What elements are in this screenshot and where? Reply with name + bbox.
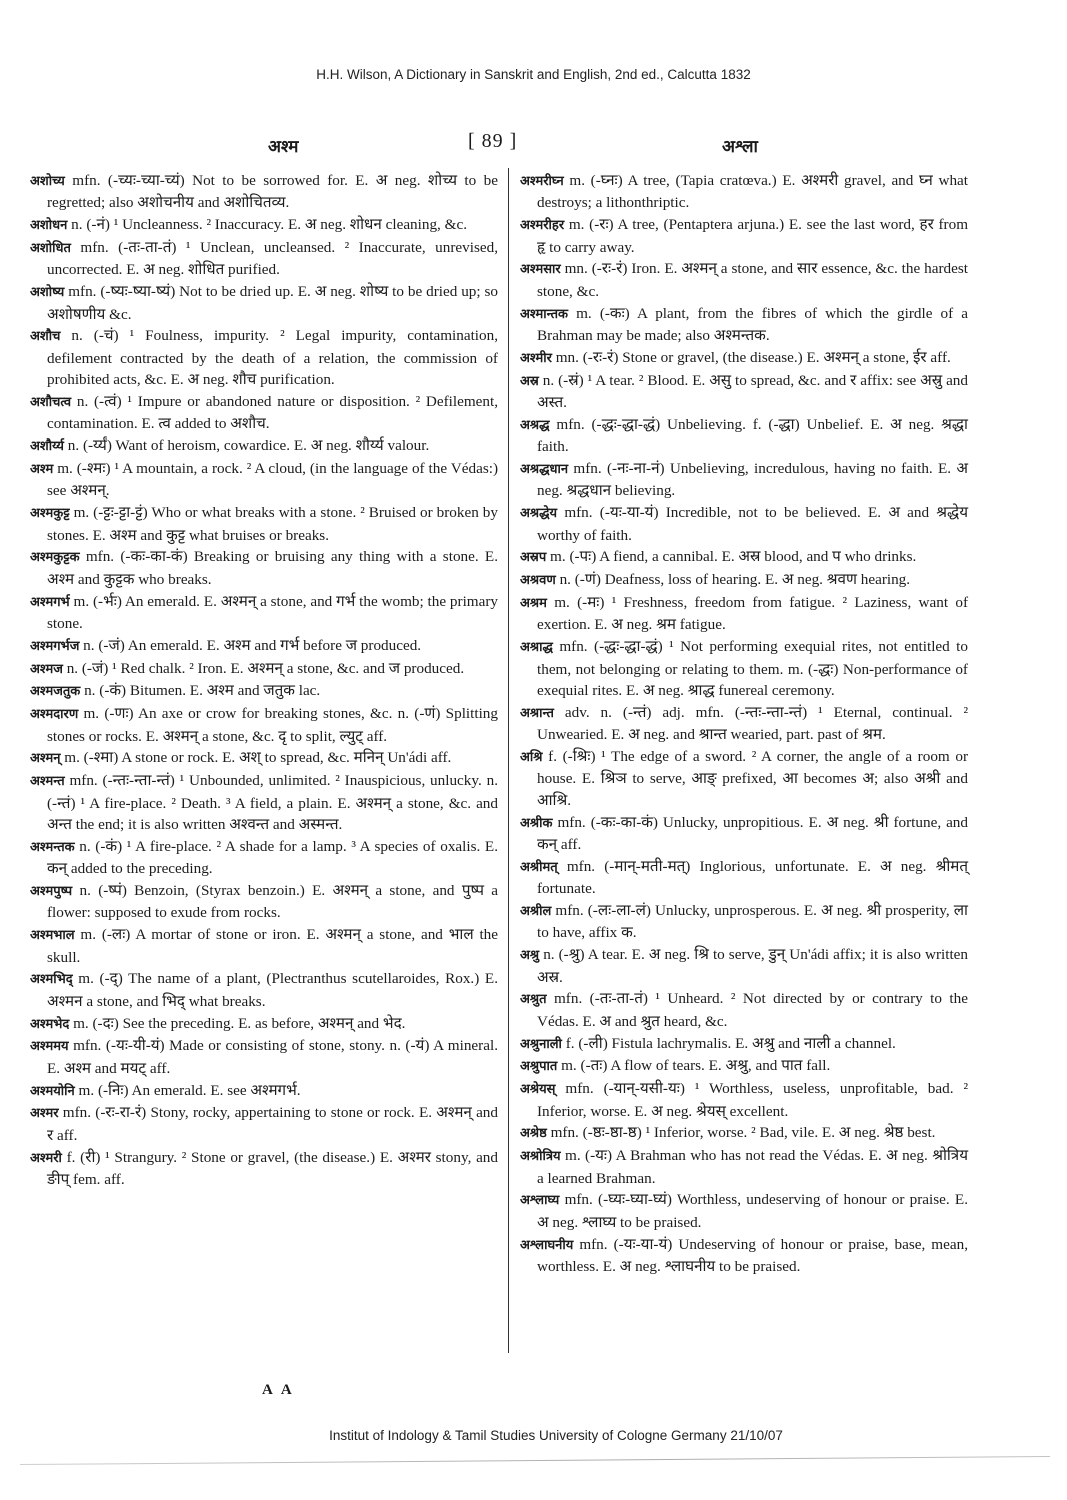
source-header: H.H. Wilson, A Dictionary in Sanskrit an… xyxy=(0,67,1067,82)
entry-headword: अश्रि xyxy=(520,750,543,765)
page-number: [ 89 ] xyxy=(468,130,517,153)
entry-definition: mn. (-रः-रं) Stone or gravel, (the disea… xyxy=(556,349,951,366)
dictionary-entry: अश्मन्त mfn. (-न्तः-न्ता-न्तं) ¹ Unbound… xyxy=(30,770,498,835)
entry-definition: f. (-श्रिः) ¹ The edge of a sword. ² A c… xyxy=(537,748,968,809)
entry-definition: n. (-कं) ¹ A fire-place. ² A shade for a… xyxy=(47,838,498,877)
entry-headword: अशोधन xyxy=(30,218,67,233)
entry-definition: adv. n. (-न्तं) adj. mfn. (-न्तः-न्ता-न्… xyxy=(537,704,968,743)
column-divider xyxy=(508,168,509,1353)
dictionary-entry: अश्रद्धेय mfn. (-यः-या-यं) Incredible, n… xyxy=(520,502,968,546)
entry-headword: अश्मान्तक xyxy=(520,307,568,322)
entry-definition: m. (-घ्नः) A tree, (Tapia cratœva.) E. अ… xyxy=(537,172,968,211)
entry-definition: mfn. (-घ्यः-घ्या-घ्यं) Worthless, undese… xyxy=(537,1191,968,1230)
entry-headword: अश्मभिद् xyxy=(30,972,73,987)
dictionary-entry: अशोष्य mfn. (-ष्यः-ष्या-ष्यं) Not to be … xyxy=(30,281,498,325)
right-column: अश्मरीघ्न m. (-घ्नः) A tree, (Tapia crat… xyxy=(520,170,968,1278)
entry-definition: mfn. (-नः-ना-नं) Unbelieving, incredulou… xyxy=(537,460,968,499)
entry-headword: अश्मजतुक xyxy=(30,684,80,699)
dictionary-entry: अश्रु n. (-श्रु) A tear. E. अ neg. श्रि … xyxy=(520,944,968,988)
entry-headword: अश्रील xyxy=(520,904,551,919)
dictionary-entry: अश्मभेद m. (-दः) See the preceding. E. a… xyxy=(30,1013,498,1035)
dictionary-entry: अश्रेयस् mfn. (-यान्-यसी-यः) ¹ Worthless… xyxy=(520,1078,968,1122)
entry-definition: n. (-स्रं) ¹ A tear. ² Blood. E. असु to … xyxy=(537,372,968,411)
dictionary-entry: अशौचत्व n. (-त्वं) ¹ Impure or abandoned… xyxy=(30,391,498,435)
entry-headword: अश्लाघनीय xyxy=(520,1238,573,1253)
dictionary-entry: अश्रीक mfn. (-कः-का-कं) Unlucky, unpropi… xyxy=(520,812,968,856)
dictionary-entry: अश्रुपात m. (-तः) A flow of tears. E. अश… xyxy=(520,1055,968,1077)
dictionary-entry: अशोधन n. (-नं) ¹ Uncleanness. ² Inaccura… xyxy=(30,214,498,236)
entry-headword: अश्रीमत् xyxy=(520,860,558,875)
entry-headword: अश्मीर xyxy=(520,351,552,366)
entry-definition: n. (-र्य्यं) Want of heroism, cowardice.… xyxy=(68,437,430,454)
dictionary-entry: अश्लाघ्य mfn. (-घ्यः-घ्या-घ्यं) Worthles… xyxy=(520,1189,968,1233)
dictionary-entry: अश्मभाल m. (-लः) A mortar of stone or ir… xyxy=(30,924,498,968)
entry-headword: अश्मकुट्ट xyxy=(30,506,70,521)
dictionary-entry: अश्रवण n. (-णं) Deafness, loss of hearin… xyxy=(520,569,968,591)
left-column: अशोच्य mfn. (-च्यः-च्या-च्यं) Not to be … xyxy=(30,170,498,1191)
entry-headword: अश्रम xyxy=(520,596,547,611)
entry-definition: mfn. (-मान्-मती-मत्) Inglorious, unfortu… xyxy=(537,858,968,897)
entry-headword: अश्लाघ्य xyxy=(520,1193,559,1208)
entry-headword: अश्रवण xyxy=(520,573,556,588)
dictionary-entry: अश्रोत्रिय m. (-यः) A Brahman who has no… xyxy=(520,1145,968,1189)
entry-definition: m. (-रः) A tree, (Pentaptera arjuna.) E.… xyxy=(537,216,968,255)
running-head-right: अश्ला xyxy=(722,134,758,157)
entry-definition: mfn. (-ष्यः-ष्या-ष्यं) Not to be dried u… xyxy=(47,283,498,322)
entry-headword: अश्रद्ध xyxy=(520,418,550,433)
entry-headword: अश्रान्त xyxy=(520,706,554,721)
entry-definition: mfn. (-च्यः-च्या-च्यं) Not to be sorrowe… xyxy=(47,172,498,211)
dictionary-entry: अश्मभिद् m. (-द्) The name of a plant, (… xyxy=(30,968,498,1012)
entry-headword: अश्मन् xyxy=(30,751,60,766)
dictionary-entry: अश्मजतुक n. (-कं) Bitumen. E. अश्म and ज… xyxy=(30,680,498,702)
dictionary-entry: अश्मीर mn. (-रः-रं) Stone or gravel, (th… xyxy=(520,347,968,369)
dictionary-entry: अस्रप m. (-पः) A fiend, a cannibal. E. अ… xyxy=(520,546,968,568)
entry-definition: m. (-मः) ¹ Freshness, freedom from fatig… xyxy=(537,594,968,633)
entry-headword: अशोधित xyxy=(30,241,71,256)
dictionary-entry: अशौर्य्य n. (-र्य्यं) Want of heroism, c… xyxy=(30,435,498,457)
entry-definition: mfn. (-कः-का-कं) Unlucky, unpropitious. … xyxy=(537,814,968,853)
entry-definition: n. (-कं) Bitumen. E. अश्म and जतुक lac. xyxy=(84,682,320,699)
dictionary-entry: अशोच्य mfn. (-च्यः-च्या-च्यं) Not to be … xyxy=(30,170,498,214)
entry-headword: अश्राद्ध xyxy=(520,640,553,655)
entry-definition: mfn. (-यः-यी-यं) Made or consisting of s… xyxy=(47,1037,498,1076)
entry-headword: अश्मरीहर xyxy=(520,218,564,233)
dictionary-entry: अश्रील mfn. (-लः-ला-लं) Unlucky, unprosp… xyxy=(520,900,968,944)
dictionary-entry: अश्मरीघ्न m. (-घ्नः) A tree, (Tapia crat… xyxy=(520,170,968,214)
entry-definition: n. (-जं) An emerald. E. अश्म and गर्भ be… xyxy=(83,637,421,654)
dictionary-entry: अश्रेष्ठ mfn. (-ष्ठः-ष्ठा-ष्ठ) ¹ Inferio… xyxy=(520,1122,968,1144)
dictionary-entry: अशोधित mfn. (-तः-ता-तं) ¹ Unclean, uncle… xyxy=(30,237,498,281)
entry-headword: अश्मन्त xyxy=(30,774,65,789)
entry-definition: mfn. (-यः-या-यं) Undeserving of honour o… xyxy=(537,1236,968,1275)
dictionary-entry: अश्मदारण m. (-णः) An axe or crow for bre… xyxy=(30,703,498,747)
dictionary-entry: अश्मान्तक m. (-कः) A plant, from the fib… xyxy=(520,303,968,347)
dictionary-entry: अश्मरीहर m. (-रः) A tree, (Pentaptera ar… xyxy=(520,214,968,258)
entry-headword: अशौर्य्य xyxy=(30,439,64,454)
entry-headword: अश्रोत्रिय xyxy=(520,1149,561,1164)
dictionary-entry: अश्ममय mfn. (-यः-यी-यं) Made or consisti… xyxy=(30,1035,498,1079)
entry-definition: mfn. (-न्तः-न्ता-न्तं) ¹ Unbounded, unli… xyxy=(47,772,498,833)
entry-headword: अश्मन्तक xyxy=(30,840,75,855)
entry-definition: n. (-श्रु) A tear. E. अ neg. श्रि to ser… xyxy=(537,946,968,985)
entry-headword: अश्रु xyxy=(520,948,539,963)
entry-headword: अश्रद्धधान xyxy=(520,462,568,477)
entry-headword: अश्मरीघ्न xyxy=(520,174,564,189)
entry-headword: अश्मर xyxy=(30,1106,59,1121)
source-footer: Institut of Indology & Tamil Studies Uni… xyxy=(0,1428,1067,1443)
entry-headword: अशोच्य xyxy=(30,174,65,189)
running-head: अश्म [ 89 ] अश्ला xyxy=(0,130,1067,160)
entry-definition: m. (-लः) A mortar of stone or iron. E. अ… xyxy=(47,926,498,965)
dictionary-entry: अश्मयोनि m. (-निः) An emerald. E. see अश… xyxy=(30,1080,498,1102)
entry-headword: अशौचत्व xyxy=(30,395,71,410)
entry-definition: m. (-पः) A fiend, a cannibal. E. अस्र bl… xyxy=(550,548,916,565)
entry-headword: अश्मगर्भ xyxy=(30,595,70,610)
entry-headword: अश्मभाल xyxy=(30,928,75,943)
entry-definition: mfn. (-द्धः-द्धा-द्धं) Unbelieving. f. (… xyxy=(537,416,968,455)
entry-definition: m. (-द्) The name of a plant, (Plectrant… xyxy=(47,970,498,1009)
entry-headword: अश्मदारण xyxy=(30,707,78,722)
entry-headword: अश्रुनाली xyxy=(520,1037,562,1052)
entry-headword: अश्रेष्ठ xyxy=(520,1126,547,1141)
entry-headword: अश्रद्धेय xyxy=(520,506,557,521)
entry-headword: अश्ममय xyxy=(30,1039,69,1054)
entry-definition: m. (-श्मा) A stone or rock. E. अश् to sp… xyxy=(64,749,451,766)
dictionary-entry: अश्मपुष्प n. (-ष्पं) Benzoin, (Styrax be… xyxy=(30,880,498,924)
dictionary-entry: अश्रुत mfn. (-तः-ता-तं) ¹ Unheard. ² Not… xyxy=(520,988,968,1032)
entry-definition: m. (-र्भः) An emerald. E. अश्मन् a stone… xyxy=(47,593,498,632)
entry-headword: अश्मकुट्टक xyxy=(30,550,80,565)
dictionary-entry: अश्रद्ध mfn. (-द्धः-द्धा-द्धं) Unbelievi… xyxy=(520,414,968,458)
dictionary-entry: अश्रद्धधान mfn. (-नः-ना-नं) Unbelieving,… xyxy=(520,458,968,502)
entry-headword: अश्मसार xyxy=(520,262,561,277)
entry-headword: अश्रुपात xyxy=(520,1059,557,1074)
entry-definition: mfn. (-द्धः-द्धा-द्धं) ¹ Not performing … xyxy=(537,638,968,699)
entry-definition: n. (-ष्पं) Benzoin, (Styrax benzoin.) E.… xyxy=(47,882,498,921)
entry-definition: n. (-णं) Deafness, loss of hearing. E. अ… xyxy=(560,571,911,588)
entry-definition: m. (-यः) A Brahman who has not read the … xyxy=(537,1147,968,1186)
dictionary-entry: अश्मगर्भ m. (-र्भः) An emerald. E. अश्मन… xyxy=(30,591,498,635)
entry-headword: अश्मगर्भज xyxy=(30,639,79,654)
entry-definition: mfn. (-यः-या-यं) Incredible, not to be b… xyxy=(537,504,968,543)
dictionary-entry: अस्र n. (-स्रं) ¹ A tear. ² Blood. E. अस… xyxy=(520,370,968,414)
entry-headword: अस्र xyxy=(520,374,539,389)
entry-definition: f. (री) ¹ Strangury. ² Stone or gravel, … xyxy=(47,1149,498,1188)
entry-headword: अश्रेयस् xyxy=(520,1082,555,1097)
entry-headword: अशौच xyxy=(30,329,60,344)
entry-definition: mn. (-रः-रं) Iron. E. अश्मन् a stone, an… xyxy=(537,260,968,299)
entry-definition: mfn. (-रः-रा-रं) Stony, rocky, appertain… xyxy=(47,1104,498,1143)
entry-definition: mfn. (-तः-ता-तं) ¹ Unheard. ² Not direct… xyxy=(537,990,968,1029)
signature-mark: A A xyxy=(262,1382,295,1399)
dictionary-entry: अश्रम m. (-मः) ¹ Freshness, freedom from… xyxy=(520,592,968,636)
entry-headword: अश्मभेद xyxy=(30,1017,69,1032)
entry-headword: अश्मरी xyxy=(30,1151,62,1166)
entry-headword: अश्रीक xyxy=(520,816,553,831)
entry-definition: m. (-दः) See the preceding. E. as before… xyxy=(73,1015,405,1032)
dictionary-entry: अश्राद्ध mfn. (-द्धः-द्धा-द्धं) ¹ Not pe… xyxy=(520,636,968,701)
dictionary-entry: अश्मज n. (-जं) ¹ Red chalk. ² Iron. E. अ… xyxy=(30,658,498,680)
entry-headword: अशोष्य xyxy=(30,285,64,300)
entry-headword: अश्म xyxy=(30,462,53,477)
entry-definition: m. (-कः) A plant, from the fibres of whi… xyxy=(537,305,968,344)
entry-headword: अश्मज xyxy=(30,662,63,677)
entry-definition: mfn. (-यान्-यसी-यः) ¹ Worthless, useless… xyxy=(537,1080,968,1119)
entry-definition: n. (-त्वं) ¹ Impure or abandoned nature … xyxy=(47,393,498,432)
dictionary-entry: अश्मसार mn. (-रः-रं) Iron. E. अश्मन् a s… xyxy=(520,258,968,302)
dictionary-entry: अश्रि f. (-श्रिः) ¹ The edge of a sword.… xyxy=(520,746,968,811)
entry-headword: अस्रप xyxy=(520,550,546,565)
dictionary-entry: अश्म m. (-श्मः) ¹ A mountain, a rock. ² … xyxy=(30,458,498,502)
entry-definition: mfn. (-ष्ठः-ष्ठा-ष्ठ) ¹ Inferior, worse.… xyxy=(551,1124,936,1141)
dictionary-entry: अश्मगर्भज n. (-जं) An emerald. E. अश्म a… xyxy=(30,635,498,657)
entry-definition: n. (-चं) ¹ Foulness, impurity. ² Legal i… xyxy=(47,327,498,388)
entry-definition: m. (-तः) A flow of tears. E. अश्रु, and … xyxy=(561,1057,830,1074)
entry-definition: m. (-णः) An axe or crow for breaking sto… xyxy=(47,705,498,744)
running-head-left: अश्म xyxy=(268,134,298,157)
dictionary-entry: अश्मरी f. (री) ¹ Strangury. ² Stone or g… xyxy=(30,1147,498,1191)
entry-definition: mfn. (-कः-का-कं) Breaking or bruising an… xyxy=(47,548,498,587)
dictionary-entry: अश्मकुट्टक mfn. (-कः-का-कं) Breaking or … xyxy=(30,546,498,590)
dictionary-entry: अश्लाघनीय mfn. (-यः-या-यं) Undeserving o… xyxy=(520,1234,968,1278)
dictionary-entry: अश्मन्तक n. (-कं) ¹ A fire-place. ² A sh… xyxy=(30,836,498,880)
entry-definition: m. (-श्मः) ¹ A mountain, a rock. ² A clo… xyxy=(47,460,498,499)
dictionary-entry: अशौच n. (-चं) ¹ Foulness, impurity. ² Le… xyxy=(30,325,498,390)
dictionary-entry: अश्रीमत् mfn. (-मान्-मती-मत्) Inglorious… xyxy=(520,856,968,900)
entry-definition: m. (-निः) An emerald. E. see अश्मगर्भ. xyxy=(79,1082,301,1099)
entry-definition: n. (-नं) ¹ Uncleanness. ² Inaccuracy. E.… xyxy=(71,216,467,233)
scan-edge-line xyxy=(20,1456,1050,1465)
entry-definition: mfn. (-तः-ता-तं) ¹ Unclean, uncleansed. … xyxy=(47,239,498,278)
entry-headword: अश्मयोनि xyxy=(30,1084,75,1099)
dictionary-entry: अश्रान्त adv. n. (-न्तं) adj. mfn. (-न्त… xyxy=(520,702,968,746)
dictionary-entry: अश्मर mfn. (-रः-रा-रं) Stony, rocky, app… xyxy=(30,1102,498,1146)
entry-definition: f. (-ली) Fistula lachrymalis. E. अश्रु a… xyxy=(566,1035,896,1052)
entry-headword: अश्रुत xyxy=(520,992,547,1007)
entry-headword: अश्मपुष्प xyxy=(30,884,72,899)
dictionary-entry: अश्रुनाली f. (-ली) Fistula lachrymalis. … xyxy=(520,1033,968,1055)
entry-definition: n. (-जं) ¹ Red chalk. ² Iron. E. अश्मन् … xyxy=(67,660,464,677)
dictionary-entry: अश्मन् m. (-श्मा) A stone or rock. E. अश… xyxy=(30,747,498,769)
dictionary-entry: अश्मकुट्ट m. (-ट्टः-ट्टा-ट्टं) Who or wh… xyxy=(30,502,498,546)
entry-definition: m. (-ट्टः-ट्टा-ट्टं) Who or what breaks … xyxy=(47,504,498,543)
entry-definition: mfn. (-लः-ला-लं) Unlucky, unprosperous. … xyxy=(537,902,968,941)
